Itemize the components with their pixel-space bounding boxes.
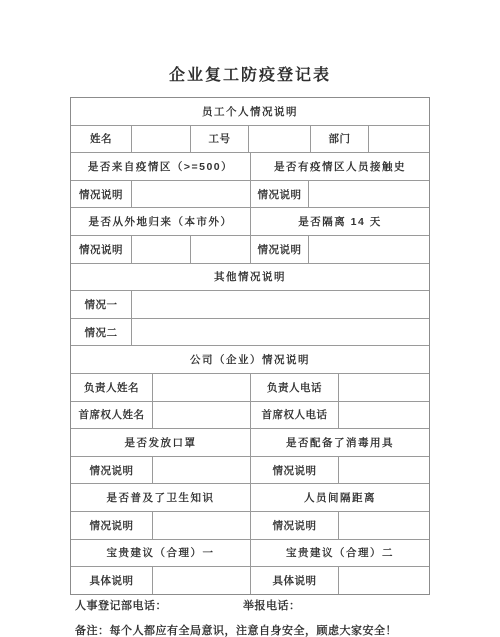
field-label-cell: 情况说明 [71,236,132,263]
section-header-cell: 人员间隔距离 [251,484,429,511]
field-label-cell: 姓名 [71,126,132,153]
field-input-cell[interactable] [339,457,429,484]
hr-registration-phone-label: 人事登记部电话： [75,597,167,613]
field-input-cell[interactable] [309,236,429,263]
field-input-cell[interactable] [132,291,429,318]
field-input-cell[interactable] [132,181,251,208]
field-input-cell[interactable] [249,126,311,153]
field-input-cell[interactable] [153,512,251,539]
field-input-cell[interactable] [153,402,251,429]
section-header-cell: 是否来自疫情区（>=500） [71,153,251,180]
section-header-cell: 其他情况说明 [71,264,429,291]
field-label-cell: 情况说明 [71,457,153,484]
field-label-cell: 具体说明 [71,567,153,594]
section-header-cell: 宝贵建议（合理）一 [71,540,251,567]
field-label-cell: 情况说明 [251,181,309,208]
field-input-cell[interactable] [369,126,429,153]
table-row: 员工个人情况说明 [71,98,429,126]
field-input-cell[interactable] [132,236,191,263]
field-label-cell: 情况一 [71,291,132,318]
field-label-cell: 首席权人姓名 [71,402,153,429]
field-input-cell[interactable] [153,457,251,484]
field-input-cell[interactable] [191,236,251,263]
field-label-cell: 情况说明 [251,457,339,484]
table-row: 情况二 [71,319,429,347]
section-header-cell: 是否有疫情区人员接触史 [251,153,429,180]
table-row: 是否从外地归来（本市外）是否隔离 14 天 [71,208,429,236]
table-row: 情况说明情况说明 [71,512,429,540]
field-input-cell[interactable] [153,374,251,401]
field-label-cell: 工号 [191,126,249,153]
table-row: 首席权人姓名首席权人电话 [71,402,429,430]
field-input-cell[interactable] [153,567,251,594]
field-label-cell: 部门 [311,126,369,153]
field-input-cell[interactable] [339,374,429,401]
field-label-cell: 具体说明 [251,567,339,594]
field-label-cell: 情况二 [71,319,132,346]
table-row: 宝贵建议（合理）一宝贵建议（合理）二 [71,540,429,568]
table-row: 具体说明具体说明 [71,567,429,594]
field-input-cell[interactable] [339,512,429,539]
field-label-cell: 首席权人电话 [251,402,339,429]
table-row: 负责人姓名负责人电话 [71,374,429,402]
field-input-cell[interactable] [309,181,429,208]
report-phone-label: 举报电话： [243,597,301,613]
table-row: 情况说明情况说明 [71,236,429,264]
field-label-cell: 情况说明 [71,181,132,208]
field-label-cell: 负责人电话 [251,374,339,401]
registration-form-table: 员工个人情况说明姓名工号部门是否来自疫情区（>=500）是否有疫情区人员接触史情… [70,97,430,595]
remark-note: 备注：每个人都应有全局意识，注意自身安全，顾虑大家安全！ [75,622,397,637]
section-header-cell: 公司（企业）情况说明 [71,346,429,373]
page-title: 企业复工防疫登记表 [0,62,500,85]
section-header-cell: 是否配备了消毒用具 [251,429,429,456]
section-header-cell: 员工个人情况说明 [71,98,429,125]
table-row: 情况说明情况说明 [71,181,429,209]
section-header-cell: 是否发放口罩 [71,429,251,456]
field-input-cell[interactable] [132,126,191,153]
table-row: 情况说明情况说明 [71,457,429,485]
field-input-cell[interactable] [339,567,429,594]
field-input-cell[interactable] [339,402,429,429]
table-row: 情况一 [71,291,429,319]
table-row: 公司（企业）情况说明 [71,346,429,374]
table-row: 其他情况说明 [71,264,429,292]
field-label-cell: 情况说明 [251,236,309,263]
table-row: 是否来自疫情区（>=500）是否有疫情区人员接触史 [71,153,429,181]
table-row: 是否发放口罩是否配备了消毒用具 [71,429,429,457]
field-input-cell[interactable] [132,319,429,346]
field-label-cell: 情况说明 [251,512,339,539]
section-header-cell: 宝贵建议（合理）二 [251,540,429,567]
table-row: 姓名工号部门 [71,126,429,154]
section-header-cell: 是否普及了卫生知识 [71,484,251,511]
table-row: 是否普及了卫生知识人员间隔距离 [71,484,429,512]
section-header-cell: 是否从外地归来（本市外） [71,208,251,235]
section-header-cell: 是否隔离 14 天 [251,208,429,235]
field-label-cell: 负责人姓名 [71,374,153,401]
field-label-cell: 情况说明 [71,512,153,539]
